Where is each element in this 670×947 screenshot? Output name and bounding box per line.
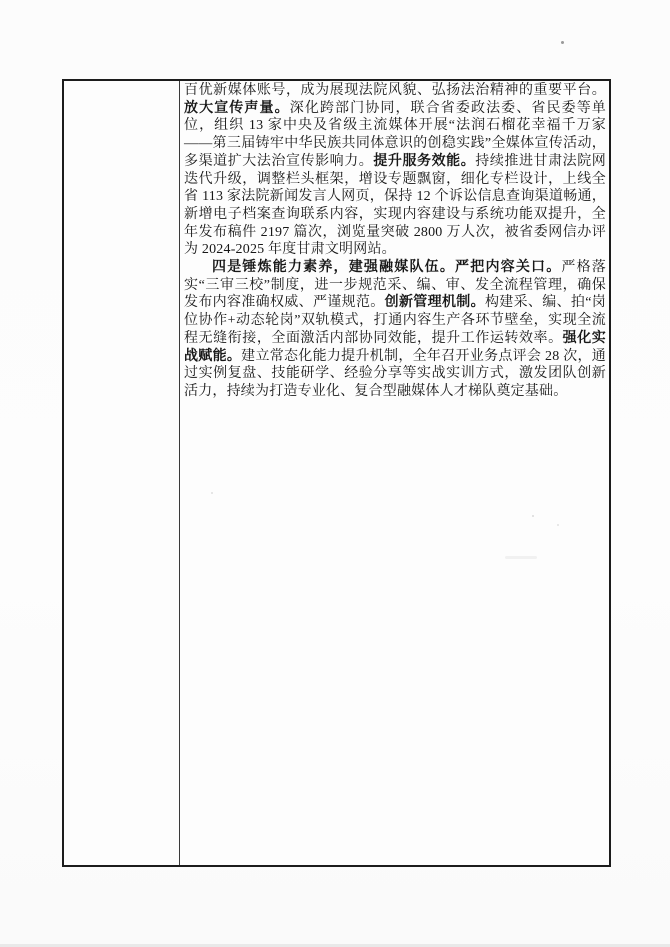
text-run-bold: 创新管理机制。 — [385, 295, 485, 310]
paragraph: 四是锤炼能力素养，建强融媒队伍。严把内容关口。严格落实“三审三校”制度，进一步规… — [184, 259, 606, 401]
table-cell-content: 百优新媒体账号，成为展现法院风貌、弘扬法治精神的重要平台。放大宣传声量。深化跨部… — [180, 81, 609, 865]
text-run: 百优新媒体账号，成为展现法院风貌、弘扬法治精神的重要平台。 — [184, 83, 606, 98]
text-run-bold: 四是锤炼能力素养，建强融媒队伍。严把内容关口。 — [212, 260, 561, 275]
text-run: 持续推进甘肃法院网迭代升级，调整栏头框架，增设专题飘窗，细化专栏设计，上线全省 … — [184, 154, 606, 258]
scan-speck-dot — [211, 492, 213, 494]
scan-speck-dot — [561, 41, 564, 44]
text-run-bold: 提升服务效能。 — [373, 154, 475, 169]
text-run: 建立常态化能力提升机制，全年召开业务点评会 28 次，通过实例复盘、技能研学、经… — [184, 349, 606, 399]
paragraph: 百优新媒体账号，成为展现法院风貌、弘扬法治精神的重要平台。放大宣传声量。深化跨部… — [184, 82, 606, 259]
scan-speck-dot — [532, 515, 534, 517]
scan-speck-dot — [557, 524, 559, 526]
text-run-bold: 放大宣传声量。 — [184, 101, 290, 116]
table-cell-left-empty — [64, 81, 180, 865]
document-table: 百优新媒体账号，成为展现法院风貌、弘扬法治精神的重要平台。放大宣传声量。深化跨部… — [62, 79, 611, 867]
scanned-page: 百优新媒体账号，成为展现法院风貌、弘扬法治精神的重要平台。放大宣传声量。深化跨部… — [0, 0, 670, 947]
scan-smudge — [505, 556, 537, 559]
